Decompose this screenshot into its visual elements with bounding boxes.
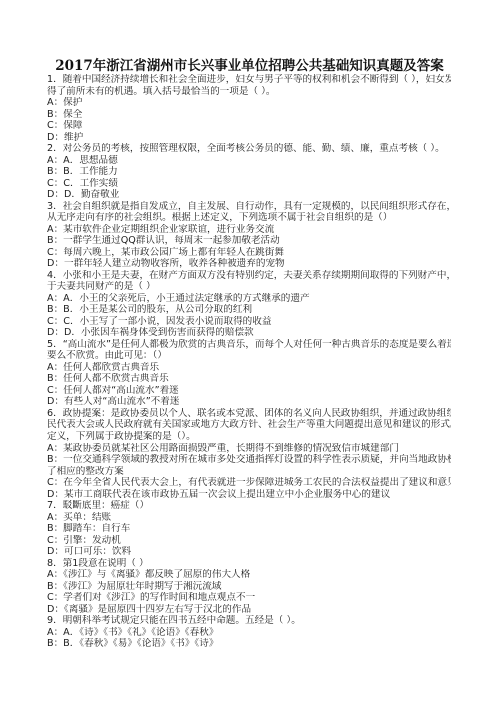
question-6-stem-cont: 民代表大会或人民政府就有关国家或地方大政方针、社会生产等重大问题提出意见和建议的… xyxy=(47,419,451,431)
question-3-option-d: D：一群年轻人建立动物收容所，收养各种被遗弃的宠物 xyxy=(47,258,451,270)
question-6-option-c: C：在今年全省人民代表大会上，有代表就进一步保障进城务工农民的合法权益提出了建议… xyxy=(47,477,451,489)
question-4-option-a: A：A．小王的父亲死后，小王通过法定继承的方式继承的遗产 xyxy=(47,293,451,305)
question-4-stem: 4．小张和小王是夫妻，在财产方面双方没有特别约定，夫妻关系存续期期间取得的下列财… xyxy=(47,270,451,282)
question-8-option-c: C：学者们对《涉江》的写作时间和地点观点不一 xyxy=(47,592,451,604)
question-5-stem: 5．“高山流水”是任何人都极为欣赏的古典音乐，而每个人对任何一种古典音乐的态度是… xyxy=(47,339,451,351)
question-2-stem: 2．对公务员的考核，按照管理权限，全面考核公务员的德、能、勤、绩、廉，重点考核（… xyxy=(47,143,451,155)
question-7-option-b: B：脚踏车：自行车 xyxy=(47,523,451,535)
document-page: 2017年浙江省湖州市长兴事业单位招聘公共基础知识真题及答案 1．随着中国经济持… xyxy=(0,0,499,706)
question-1-option-a: A：保护 xyxy=(47,97,451,109)
question-4-stem-cont: 于夫妻共同财产的是（ ） xyxy=(47,281,451,293)
question-7-option-d: D：可口可乐：饮料 xyxy=(47,546,451,558)
question-8-option-b: B：《涉江》为屈原壮年时期写于湘沅流域 xyxy=(47,581,451,593)
question-1-option-d: D：维护 xyxy=(47,132,451,144)
question-2-option-c: C：C．工作实绩 xyxy=(47,178,451,190)
document-body: 1．随着中国经济持续增长和社会全面进步，妇女与男子平等的权利和机会不断得到（ ）… xyxy=(47,74,451,650)
question-6-option-b: B：一位交通科学领域的教授对所在城市多处交通指挥灯设置的科学性表示质疑，并向当地… xyxy=(47,454,451,466)
question-3-stem: 3．社会自组织就是指自发成立，自主发展、自行动作，具有一定规模的，以民间组织形式… xyxy=(47,201,451,213)
question-5-stem-cont: 要么不欣赏。由此可见：（） xyxy=(47,350,451,362)
question-6-option-b-cont: 了相应的整改方案 xyxy=(47,466,451,478)
question-1-option-c: C：保障 xyxy=(47,120,451,132)
question-1-stem-cont: 得了前所未有的机遇。填入括号最恰当的一项是（ ）。 xyxy=(47,86,451,98)
question-2-option-b: B：B．工作能力 xyxy=(47,166,451,178)
question-1-option-b: B：保全 xyxy=(47,109,451,121)
question-3-stem-cont: 从无序走向有序的社会组织。根据上述定义，下列选项不属于社会自组织的是（） xyxy=(47,212,451,224)
question-5-option-c: C：任何人都对“高山流水”着迷 xyxy=(47,385,451,397)
question-3-option-a: A：某市软件企业定期组织企业家联谊，进行业务交流 xyxy=(47,224,451,236)
question-6-stem-cont: 定义，下列属于政协提案的是（）。 xyxy=(47,431,451,443)
document-title: 2017年浙江省湖州市长兴事业单位招聘公共基础知识真题及答案 xyxy=(0,57,499,75)
question-7-option-a: A：买单：结账 xyxy=(47,512,451,524)
question-6-stem: 6．政协提案：是政协委员以个人、联名或本党派、团体的名义向人民政协组织，并通过政… xyxy=(47,408,451,420)
question-8-option-d: D：《离骚》是屈原四十四岁左右写于汉北的作品 xyxy=(47,604,451,616)
question-4-option-b: B：B．小王是某公司的股东，从公司分取的红利 xyxy=(47,304,451,316)
question-3-option-c: C：每周六晚上，某市政公园广场上都有年轻人在跳街舞 xyxy=(47,247,451,259)
question-2-option-a: A：A．思想品德 xyxy=(47,155,451,167)
question-7-stem: 7．駁斷底里：癌症（） xyxy=(47,500,451,512)
question-6-option-d: D：某市工商联代表在该市政协五届一次会议上提出建立中小企业服务中心的建议 xyxy=(47,489,451,501)
question-9-option-b: B：B．《春秋》《易》《论语》《书》《诗》 xyxy=(47,638,451,650)
question-1-stem: 1．随着中国经济持续增长和社会全面进步，妇女与男子平等的权利和机会不断得到（ ）… xyxy=(47,74,451,86)
question-7-option-c: C：引擎：发动机 xyxy=(47,535,451,547)
question-8-option-a: A：《涉江》与《离骚》都反映了屈原的伟大人格 xyxy=(47,569,451,581)
question-8-stem: 8．第1段意在说明（ ） xyxy=(47,558,451,570)
question-9-option-a: A：A．《诗》《书》《礼》《论语》《春秋》 xyxy=(47,627,451,639)
question-4-option-c: C：C．小王写了一部小说，因发表小说而取得的收益 xyxy=(47,316,451,328)
question-2-option-d: D：D．勤奋敬业 xyxy=(47,189,451,201)
question-5-option-d: D：有些人对“高山流水”不着迷 xyxy=(47,396,451,408)
question-5-option-a: A：任何人都欣赏古典音乐 xyxy=(47,362,451,374)
question-9-stem: 9．明朝科举考试规定只能在四书五经中命题。五经是（ ）。 xyxy=(47,615,451,627)
question-4-option-d: D：D．小张因车祸身体受到伤害而获得的赔偿款 xyxy=(47,327,451,339)
question-6-option-a: A：某政协委员就某社区公用路面损毁严重，长期得不到维修的情况致信市城建部门 xyxy=(47,443,451,455)
question-3-option-b: B：一群学生通过QQ群认识，每周末一起参加敬老活动 xyxy=(47,235,451,247)
question-5-option-b: B：任何人都不欣赏古典音乐 xyxy=(47,373,451,385)
